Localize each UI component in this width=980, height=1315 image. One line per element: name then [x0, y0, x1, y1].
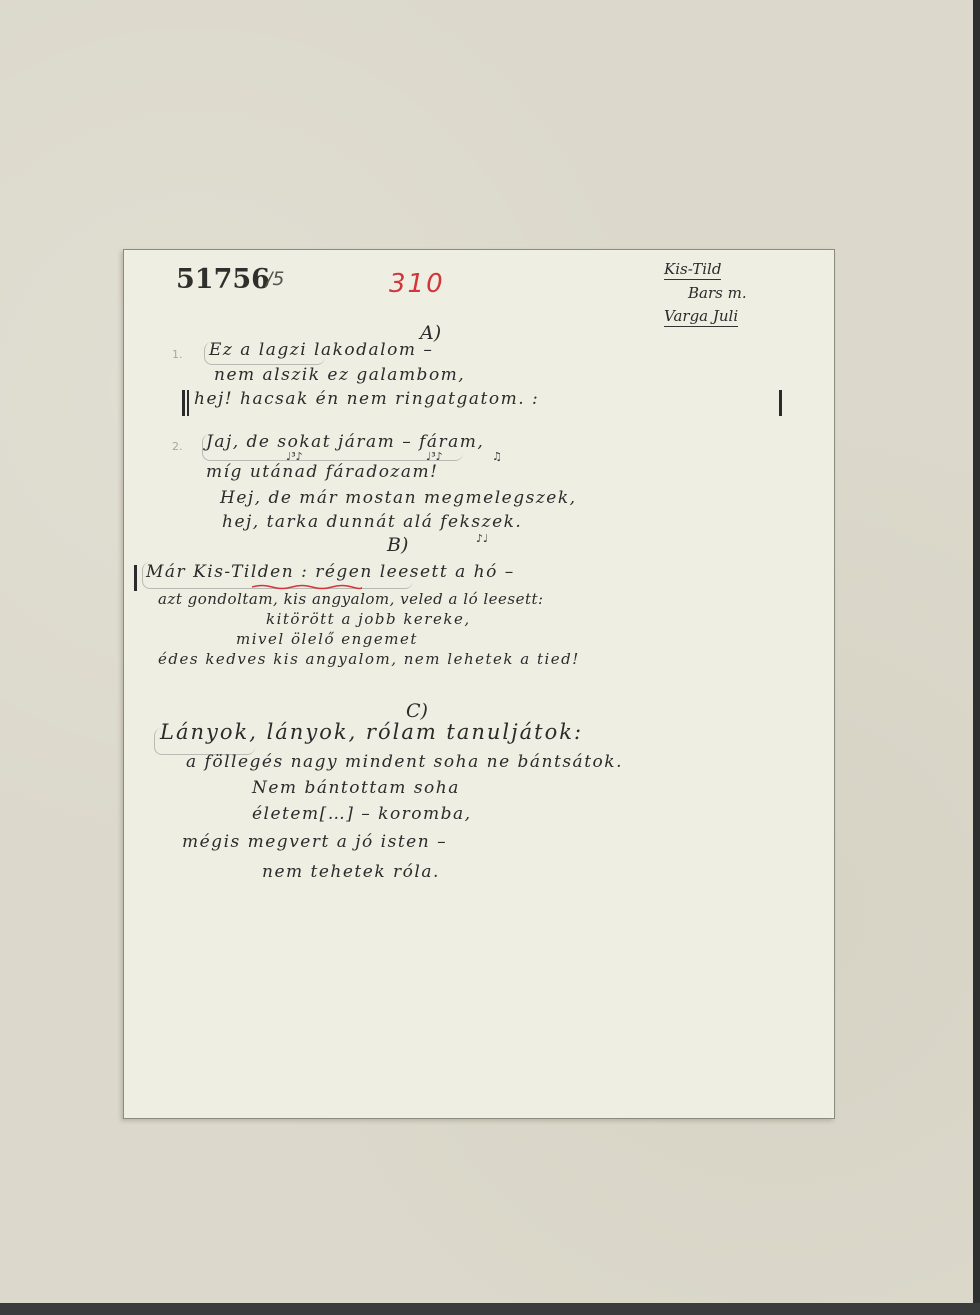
music-note-triplet: ♪♩ — [476, 532, 488, 545]
verse-line: Már Kis-Tilden : régen leesett a hó – — [146, 562, 515, 582]
inventory-suffix: /5 — [266, 268, 285, 290]
repeat-start-bar — [134, 565, 137, 591]
section-label-b: B) — [387, 534, 408, 556]
verse-line: Hej, de már mostan megmelegszek, — [220, 488, 577, 508]
music-note-beamed: ♫ — [492, 450, 502, 463]
verse-line: nem tehetek róla. — [262, 862, 440, 882]
catalog-number-red: 310 — [389, 269, 445, 299]
repeat-start-bar — [182, 390, 185, 416]
verse-line: mégis megvert a jó isten – — [182, 832, 447, 852]
verse-line: édes kedves kis angyalom, nem lehetek a … — [158, 650, 580, 668]
county-label: Bars m. — [688, 284, 747, 302]
verse-line: míg utánad fáradozam! — [206, 462, 438, 482]
location-label: Kis-Tild — [664, 260, 721, 280]
repeat-start-bar-thin — [187, 390, 189, 416]
verse-line: Lányok, lányok, rólam tanuljátok: — [160, 720, 583, 744]
inventory-number: 51756 — [176, 264, 270, 295]
verse-line: Ez a lagzi lakodalom – — [209, 340, 433, 360]
verse-number-2: 2. — [172, 440, 183, 453]
verse-line: a föllegés nagy mindent soha ne bántsáto… — [186, 752, 623, 772]
repeat-end-bar — [779, 390, 782, 416]
manuscript-card: 51756 /5 310 Kis-Tild Bars m. Varga Juli… — [123, 249, 835, 1119]
informant-label: Varga Juli — [664, 307, 738, 327]
verse-number-1: 1. — [172, 348, 183, 361]
verse-line: kitörött a jobb kereke, — [266, 610, 471, 628]
verse-line: Jaj, de sokat járam – fáram, — [206, 432, 484, 452]
verse-line: hej, tarka dunnát alá fekszek. — [222, 512, 522, 532]
verse-line: életem[…] – koromba, — [252, 804, 472, 824]
verse-line: hej! hacsak én nem ringatgatom. : — [194, 389, 539, 409]
verse-line: Nem bántottam soha — [252, 778, 460, 798]
section-label-c: C) — [406, 700, 428, 722]
verse-line: mivel ölelő engemet — [236, 630, 418, 648]
archive-mount-board: 51756 /5 310 Kis-Tild Bars m. Varga Juli… — [0, 0, 973, 1303]
verse-line: azt gondoltam, kis angyalom, veled a ló … — [158, 590, 544, 608]
verse-line: nem alszik ez galambom, — [214, 365, 465, 385]
